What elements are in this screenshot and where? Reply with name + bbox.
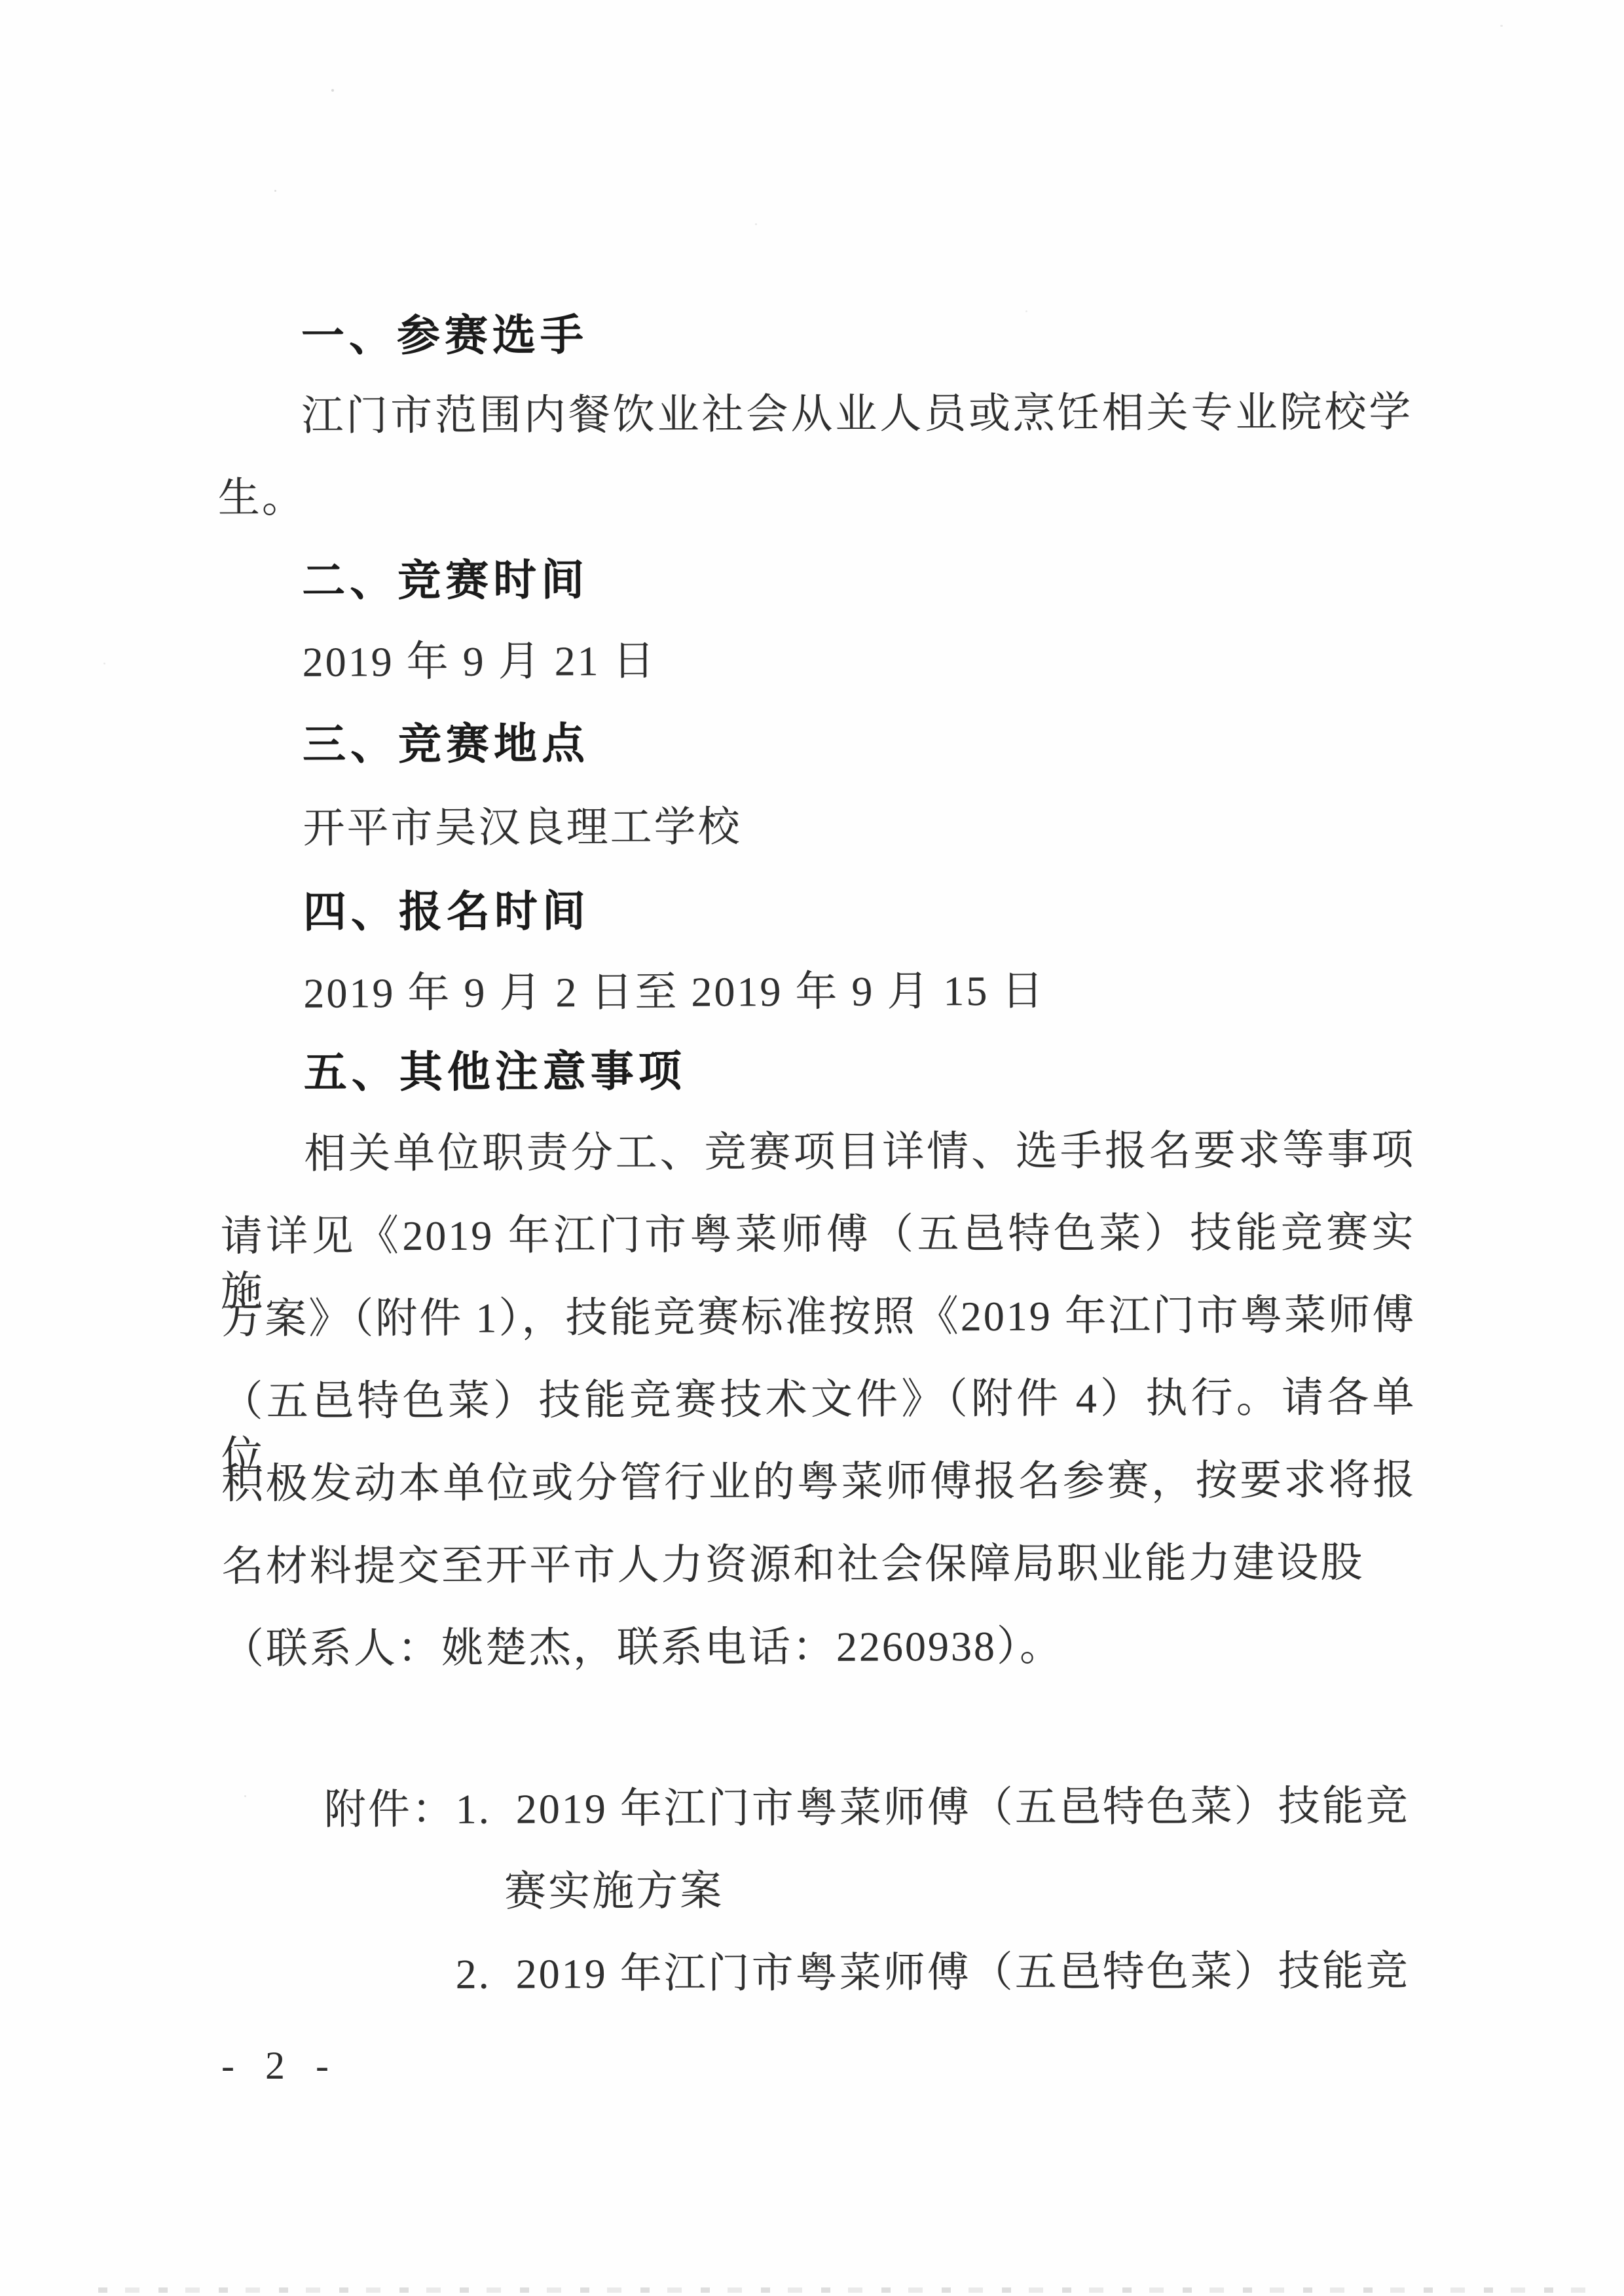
body-registration-period: 2019 年 9 月 2 日至 2019 年 9 月 15 日	[303, 964, 1045, 1021]
page-number: - 2 -	[221, 2038, 339, 2093]
heading-registration-time: 四、报名时间	[303, 883, 590, 939]
scan-speck	[1333, 1223, 1335, 1225]
scan-speck	[244, 1795, 246, 1797]
heading-competition-time: 二、竞赛时间	[302, 552, 589, 608]
attachment-item-1-line-2: 赛实施方案	[504, 1863, 724, 1919]
body-notes-line-3: 方案》（附件 1），技能竞赛标准按照《2019 年江门市粤菜师傅	[221, 1288, 1416, 1347]
scan-speck	[755, 223, 757, 225]
body-notes-line-2: 请详见《2019 年江门市粤菜师傅（五邑特色菜）技能竞赛实施	[221, 1205, 1416, 1264]
attachment-item-1-line-1: 附件：1. 2019 年江门市粤菜师傅（五邑特色菜）技能竞	[324, 1779, 1410, 1838]
scan-speck	[1500, 25, 1503, 27]
heading-participants: 一、参赛选手	[301, 307, 588, 363]
body-notes-line-1: 相关单位职责分工、竞赛项目详情、选手报名要求等事项	[304, 1123, 1415, 1182]
scan-speck	[1025, 310, 1027, 312]
body-participants-line-1: 江门市范围内餐饮业社会从业人员或烹饪相关专业院校学	[301, 385, 1412, 444]
body-notes-line-6: 名材料提交至开平市人力资源和社会保障局职业能力建设股	[221, 1535, 1364, 1594]
body-notes-line-4: （五邑特色菜）技能竞赛技术文件》（附件 4）执行。请各单位	[221, 1370, 1416, 1429]
scan-speck	[274, 190, 276, 192]
body-competition-date: 2019 年 9 月 21 日	[302, 634, 656, 690]
body-participants-line-2: 生。	[218, 471, 306, 526]
scan-edge-noise	[98, 2287, 1591, 2293]
body-notes-line-5: 积极发动本单位或分管行业的粤菜师傅报名参赛，按要求将报	[221, 1453, 1416, 1512]
heading-other-notes: 五、其他注意事项	[304, 1044, 686, 1100]
scan-speck	[331, 89, 334, 92]
attachment-item-2-line-1: 2. 2019 年江门市粤菜师傅（五邑特色菜）技能竞	[455, 1944, 1409, 2002]
heading-competition-venue: 三、竞赛地点	[303, 716, 589, 772]
body-notes-contact: （联系人：姚楚杰，联系电话：2260938）。	[222, 1619, 1063, 1677]
body-competition-venue: 开平市吴汉良理工学校	[303, 799, 741, 856]
scanned-document-page: 一、参赛选手 江门市范围内餐饮业社会从业人员或烹饪相关专业院校学 生。 二、竞赛…	[0, 0, 1624, 2296]
document-text-block: 一、参赛选手 江门市范围内餐饮业社会从业人员或烹饪相关专业院校学 生。 二、竞赛…	[0, 0, 1624, 2296]
scan-speck	[103, 663, 105, 665]
